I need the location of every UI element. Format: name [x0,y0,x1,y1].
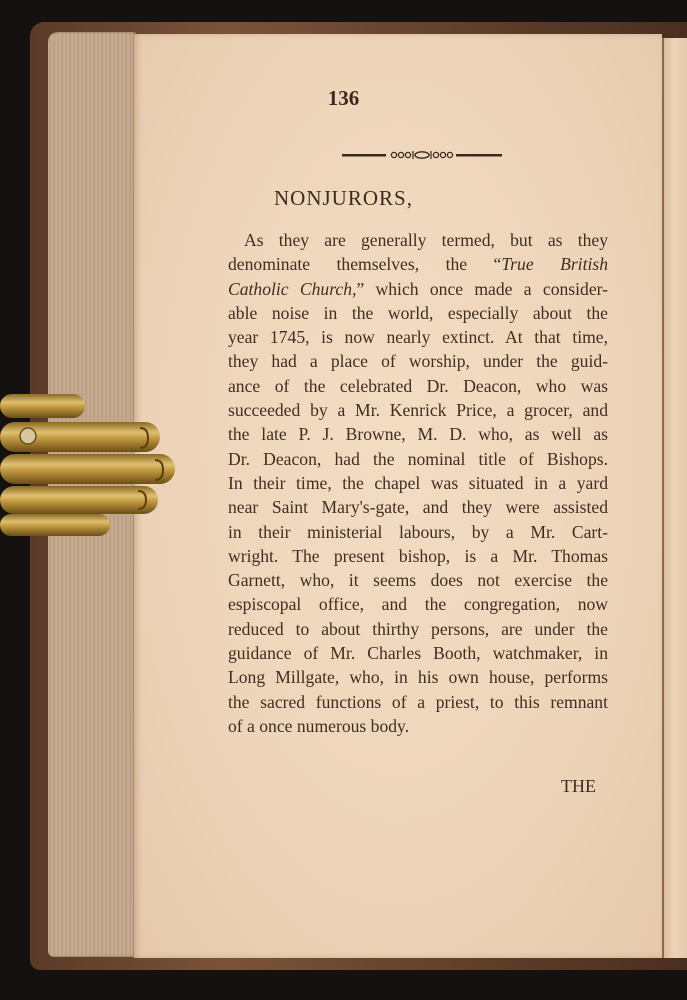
text-segment: denominate themselves, the “ [228,254,501,274]
text-line: Long Millgate, who, in his own house, pe… [228,665,608,689]
text-line: of a once numerous body. [228,714,608,738]
text-line: As they are generally termed, but as the… [228,228,608,252]
text-line: Catholic Church,” which once made a cons… [228,277,608,301]
text-line: wright. The present bishop, is a Mr. Tho… [228,544,608,568]
text-line: in their ministerial labours, by a Mr. C… [228,520,608,544]
italic-text: Catholic Church, [228,279,356,299]
section-heading: NONJURORS, [0,186,687,211]
text-line: In their time, the chapel was situated i… [228,471,608,495]
italic-text: True British [501,254,608,274]
text-segment: ” which once made a consider- [356,279,608,299]
text-line: near Saint Mary's-gate, and they were as… [228,495,608,519]
text-line: Garnett, who, it seems does not exercise… [228,568,608,592]
text-line: the late P. J. Browne, M. D. who, as wel… [228,422,608,446]
text-line: they had a place of worship, under the g… [228,349,608,373]
text-line: succeeded by a Mr. Kenrick Price, a groc… [228,398,608,422]
ornament-rule-icon [342,150,502,160]
facing-page-edge [662,38,687,958]
page-number: 136 [0,86,687,111]
text-line: espiscopal office, and the congregation,… [228,592,608,616]
text-line: reduced to about thirthy persons, are un… [228,617,608,641]
catchword: THE [561,776,596,797]
text-line: year 1745, is now nearly extinct. At tha… [228,325,608,349]
text-line: Dr. Deacon, had the nominal title of Bis… [228,447,608,471]
text-line: ance of the celebrated Dr. Deacon, who w… [228,374,608,398]
text-line: guidance of Mr. Charles Booth, watchmake… [228,641,608,665]
text-line: able noise in the world, especially abou… [228,301,608,325]
body-paragraph: As they are generally termed, but as the… [228,228,608,738]
brass-hand-clip-icon [0,390,180,540]
text-line: denominate themselves, the “True British [228,252,608,276]
text-line: the sacred functions of a priest, to thi… [228,690,608,714]
